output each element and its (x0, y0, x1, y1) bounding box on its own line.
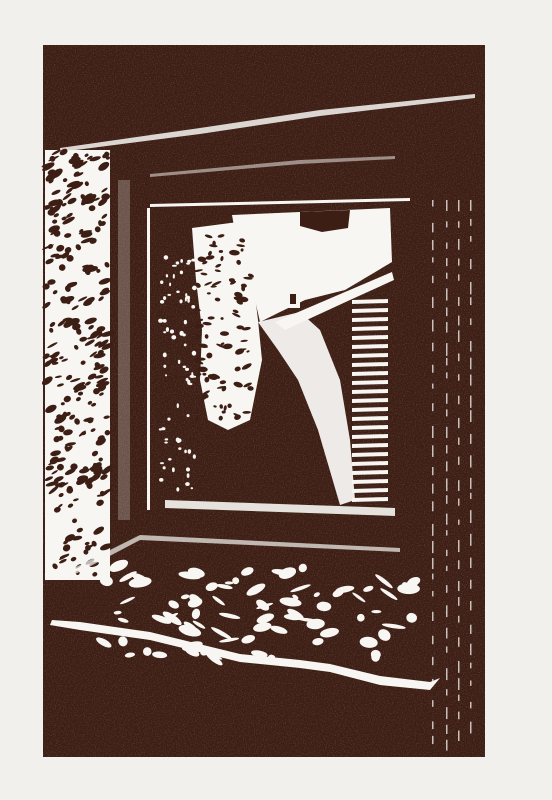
left-wall-texture (40, 147, 114, 580)
linocut-print (0, 0, 552, 800)
